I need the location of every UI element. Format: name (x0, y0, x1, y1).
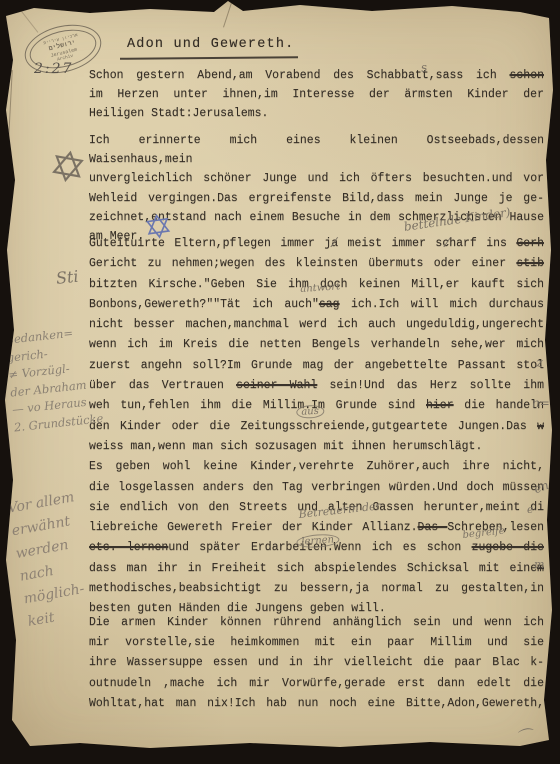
typed-text: zuerst angehn soll?Im Grunde mag der ang… (89, 359, 544, 372)
typed-line: den Kinder oder die Zeitungsschreiende,g… (89, 417, 544, 437)
handwritten-annotation: n= (532, 396, 550, 410)
typed-text: die losgelassen anders den Tag verbringe… (89, 481, 544, 494)
paragraph: Die armen Kinder können rührend anhängli… (89, 613, 545, 714)
typed-text: Ich erinnerte mich eines kleinen Ostseeb… (89, 134, 544, 166)
typed-text: weiss man,wenn man sich sozusagen mit ih… (89, 440, 482, 453)
typed-text: dass man ihr in Freiheit sich abspielend… (89, 562, 537, 575)
typed-line: outnudeln ,mache ich mir Vorwürfe,gerade… (89, 674, 544, 694)
typed-line: im Herzen unter ihnen,im Interesse der ä… (89, 85, 544, 104)
handwritten-annotation: e (527, 503, 534, 516)
paragraph: Schon gestern Abend,am Vorabend des Scha… (89, 66, 545, 124)
margin-note: Gedanken=gerich-≠ Vorzügl-der Abraham— v… (4, 323, 104, 437)
struck-text: seiner Wahl (236, 379, 317, 392)
typed-line: methodisches,beabsichtigt zu bessern,ja … (89, 579, 544, 599)
typed-text: ihre Wassersuppe essen und in ihr vielle… (89, 656, 544, 669)
struck-text: w (537, 420, 544, 433)
typed-line: Wohltat,hat man nix!Ich hab nun noch ein… (89, 694, 544, 714)
typed-text: weh tun,fehlen ihm die Millim.Im Grunde … (89, 399, 426, 412)
typed-line: weiss man,wenn man sich sozusagen mit ih… (89, 437, 544, 457)
struck-text: zugebe die (472, 541, 544, 554)
typed-line: Heiligen Stadt:Jerusalems. (89, 104, 544, 123)
star-of-david-icon (47, 145, 89, 187)
typed-text: Wehleid vergingen.Das ergreifenste Bild,… (89, 192, 544, 205)
typed-line: wenn ich im Kreis die netten Bengels ver… (89, 335, 544, 355)
typed-text: die handeln (454, 399, 544, 412)
typed-text: den Kinder oder die Zeitungsschreiende,g… (89, 420, 537, 433)
handwritten-annotation: Sti (55, 267, 79, 288)
typed-line: die losgelassen anders den Tag verbringe… (89, 478, 544, 498)
typed-line: über das Vertrauen seiner Wahl sein!Und … (89, 376, 544, 396)
handwritten-archive-number: 2:27 (34, 61, 73, 77)
struck-text: Das (418, 521, 448, 534)
struck-text: stib (516, 257, 544, 270)
typed-text: Bonbons,Gewereth?""Tät ich auch" (89, 298, 319, 311)
page-title: Adon und Gewereth. (127, 37, 294, 52)
typed-text: Schon gestern Abend,am Vorabend des Scha… (89, 69, 509, 82)
typed-text: methodisches,beabsichtigt zu bessern,ja … (89, 582, 544, 595)
typed-line: nicht besser machen,manchmal werd ich au… (89, 315, 544, 335)
typed-text: sein!Und das Herz sollte ihm (317, 379, 544, 392)
typed-line: unvergleichlich schöner Junge und ich öf… (89, 169, 544, 188)
typed-text: Heiligen Stadt:Jerusalems. (89, 107, 268, 120)
handwritten-annotation: z (536, 356, 543, 371)
typed-text: mir vorstelle,sie heimkommen mit ein paa… (89, 636, 544, 649)
typed-text: Wohltat,hat man nix!Ich hab nun noch ein… (89, 697, 544, 710)
struck-text: hier (426, 399, 454, 412)
struck-text: sag (319, 298, 340, 311)
typed-text: wenn ich im Kreis die netten Bengels ver… (89, 338, 544, 351)
typescript-page: ארכיון עיריית ירושלים Jerusalem Archiv 2… (0, 0, 560, 764)
typed-line: mir vorstelle,sie heimkommen mit ein paa… (89, 633, 544, 653)
typed-text: Gericht zu nehmen;wegen des kleinsten üb… (89, 257, 516, 270)
typed-line: dass man ihr in Freiheit sich abspielend… (89, 559, 544, 579)
struck-text: schon (509, 69, 544, 82)
typed-line: Die armen Kinder können rührend anhängli… (89, 613, 544, 633)
handwritten-annotation: m (534, 558, 544, 571)
typed-line: ihre Wassersuppe essen und in ihr vielle… (89, 653, 544, 673)
typed-text: unvergleichlich schöner Junge und ich öf… (89, 172, 544, 185)
typed-line: Wehleid vergingen.Das ergreifenste Bild,… (89, 189, 544, 208)
typed-text: über das Vertrauen (89, 379, 236, 392)
struck-text: Gerh (516, 237, 544, 250)
document-photo: ארכיון עיריית ירושלים Jerusalem Archiv 2… (0, 0, 560, 764)
typed-text: outnudeln ,mache ich mir Vorwürfe,gerade… (89, 677, 544, 690)
typed-line: zuerst angehn soll?Im Grunde mag der ang… (89, 356, 544, 376)
typed-line: Ich erinnerte mich eines kleinen Ostseeb… (89, 131, 544, 169)
star-of-david-icon (142, 210, 174, 242)
typed-text: ich.Ich will mich durchaus (340, 298, 544, 311)
typed-text: im Herzen unter ihnen,im Interesse der ä… (89, 88, 544, 101)
typed-text: liebreiche Gewereth Freier der Kinder Al… (89, 521, 418, 534)
struck-text: etc. lernen (89, 541, 168, 554)
typed-line: Es geben wohl keine Kinder,verehrte Zuhö… (89, 457, 544, 477)
typed-line: Gericht zu nehmen;wegen des kleinsten üb… (89, 254, 544, 274)
typed-text: nicht besser machen,manchmal werd ich au… (89, 318, 544, 331)
typed-text: Es geben wohl keine Kinder,verehrte Zuhö… (89, 460, 544, 473)
typed-text: Die armen Kinder können rührend anhängli… (89, 616, 544, 629)
typed-line: Schon gestern Abend,am Vorabend des Scha… (89, 66, 544, 85)
typed-line: Bonbons,Gewereth?""Tät ich auch"sag ich.… (89, 295, 544, 315)
